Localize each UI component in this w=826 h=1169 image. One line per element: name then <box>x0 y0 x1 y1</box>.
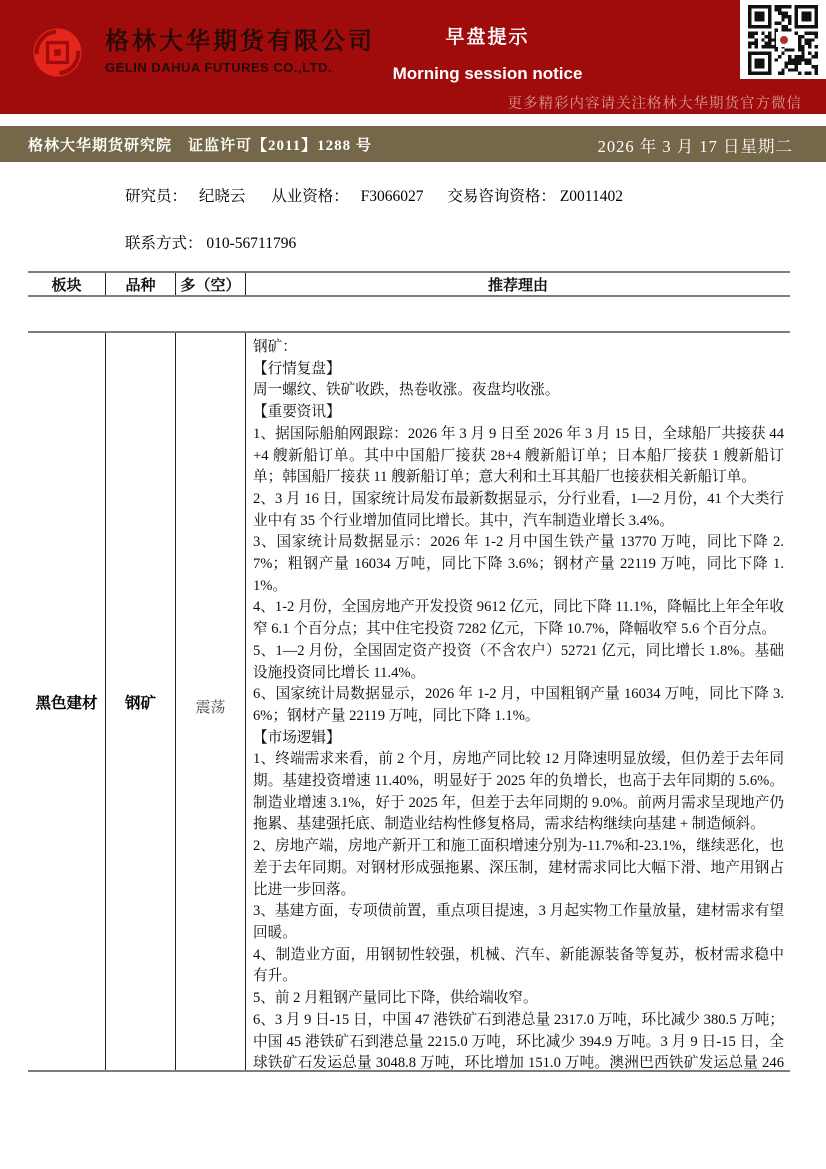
advisory-value: Z0011402 <box>560 188 623 206</box>
reason-paragraph: 钢矿： <box>253 337 784 359</box>
reason-paragraph: 1、据国际船舶网跟踪：2026 年 3 月 9 日至 2026 年 3 月 15… <box>253 424 784 489</box>
contact-value: 010-56711796 <box>206 235 296 253</box>
notice-title-en: Morning session notice <box>385 64 590 84</box>
reason-paragraph: 5、前 2 月粗钢产量同比下降，供给端收窄。 <box>253 988 784 1010</box>
reason-paragraph: 4、制造业方面，用钢韧性较强，机械、汽车、新能源装备等复苏，板材需求稳中有升。 <box>253 945 784 988</box>
report-date: 2026 年 3 月 17 日星期二 <box>598 133 793 157</box>
reason-paragraph: 2、房地产端，房地产新开工和施工面积增速分别为-11.7%和-23.1%，继续恶… <box>253 836 784 901</box>
qualification-label: 从业资格： <box>271 184 349 206</box>
header-cell-reason: 推荐理由 <box>245 273 790 295</box>
researcher-info: 研究员： 纪晓云 从业资格： F3066027 交易咨询资格： Z0011402… <box>125 184 623 253</box>
reason-paragraph: 6、3 月 9 日-15 日，中国 47 港铁矿石到港总量 2317.0 万吨，… <box>253 1010 784 1070</box>
reason-paragraph: 1、终端需求来看，前 2 个月，房地产同比较 12 月降速明显放缓，但仍差于去年… <box>253 749 784 836</box>
header-cell-variety: 品种 <box>105 273 175 295</box>
qr-code <box>740 0 826 79</box>
researcher-name: 纪晓云 <box>199 184 246 206</box>
company-name-en: GELIN DAHUA FUTURES CO.,LTD. <box>105 60 375 75</box>
notice-title-cn: 早盘提示 <box>385 22 590 49</box>
reason-paragraph: 3、国家统计局数据显示：2026 年 1-2 月中国生铁产量 13770 万吨，… <box>253 532 784 597</box>
sector-cell: 黑色建材 <box>28 333 105 1070</box>
researcher-row: 研究员： 纪晓云 从业资格： F3066027 交易咨询资格： Z0011402 <box>125 184 623 206</box>
reason-paragraph: 6、国家统计局数据显示，2026 年 1-2 月，中国粗钢产量 16034 万吨… <box>253 684 784 727</box>
researcher-label: 研究员： <box>125 184 187 206</box>
reason-paragraph: 4、1-2 月份，全国房地产开发投资 9612 亿元，同比下降 11.1%，降幅… <box>253 597 784 640</box>
research-institute-license: 格林大华期货研究院 证监许可【2011】1288 号 <box>28 134 372 155</box>
recommendation-table-row: 黑色建材 钢矿 震荡 钢矿：【行情复盘】周一螺纹、铁矿收跌，热卷收涨。夜盘均收涨… <box>28 331 790 1072</box>
header-cell-sector: 板块 <box>28 273 105 295</box>
report-page: 格林大华期货有限公司 GELIN DAHUA FUTURES CO.,LTD. … <box>0 0 826 1169</box>
qr-center-logo-icon <box>776 32 791 47</box>
qualification-value: F3066027 <box>361 188 424 206</box>
position-cell: 震荡 <box>175 333 245 1070</box>
brand-header: 格林大华期货有限公司 GELIN DAHUA FUTURES CO.,LTD. … <box>0 0 826 114</box>
reason-paragraph: 5、1—2 月份，全国固定资产投资（不含农户）52721 亿元，同比增长 1.8… <box>253 641 784 684</box>
reason-paragraph: 3、基建方面，专项债前置，重点项目提速，3 月起实物工作量放量，建材需求有望回暖… <box>253 901 784 944</box>
company-logo-icon <box>31 26 84 79</box>
company-name: 格林大华期货有限公司 GELIN DAHUA FUTURES CO.,LTD. <box>105 30 375 75</box>
recommendation-table-header: 板块 品种 多（空） 推荐理由 <box>28 271 790 297</box>
info-bar: 格林大华期货研究院 证监许可【2011】1288 号 2026 年 3 月 17… <box>0 126 826 162</box>
variety-cell: 钢矿 <box>105 333 175 1070</box>
contact-label: 联系方式： <box>125 231 203 253</box>
reason-cell: 钢矿：【行情复盘】周一螺纹、铁矿收跌，热卷收涨。夜盘均收涨。【重要资讯】1、据国… <box>245 333 790 1070</box>
contact-row: 联系方式： 010-56711796 <box>125 231 623 253</box>
notice-title: 早盘提示 Morning session notice <box>385 22 590 84</box>
company-name-cn: 格林大华期货有限公司 <box>105 30 375 54</box>
header-cell-position: 多（空） <box>175 273 245 295</box>
advisory-label: 交易咨询资格： <box>447 184 556 206</box>
reason-paragraph: 【行情复盘】 <box>253 359 784 381</box>
reason-paragraph: 【重要资讯】 <box>253 402 784 424</box>
reason-paragraph: 【市场逻辑】 <box>253 728 784 750</box>
reason-paragraph: 周一螺纹、铁矿收跌，热卷收涨。夜盘均收涨。 <box>253 380 784 402</box>
wechat-tip: 更多精彩内容请关注格林大华期货官方微信 <box>508 92 803 113</box>
reason-paragraph: 2、3 月 16 日，国家统计局发布最新数据显示，分行业看，1—2 月份，41 … <box>253 489 784 532</box>
